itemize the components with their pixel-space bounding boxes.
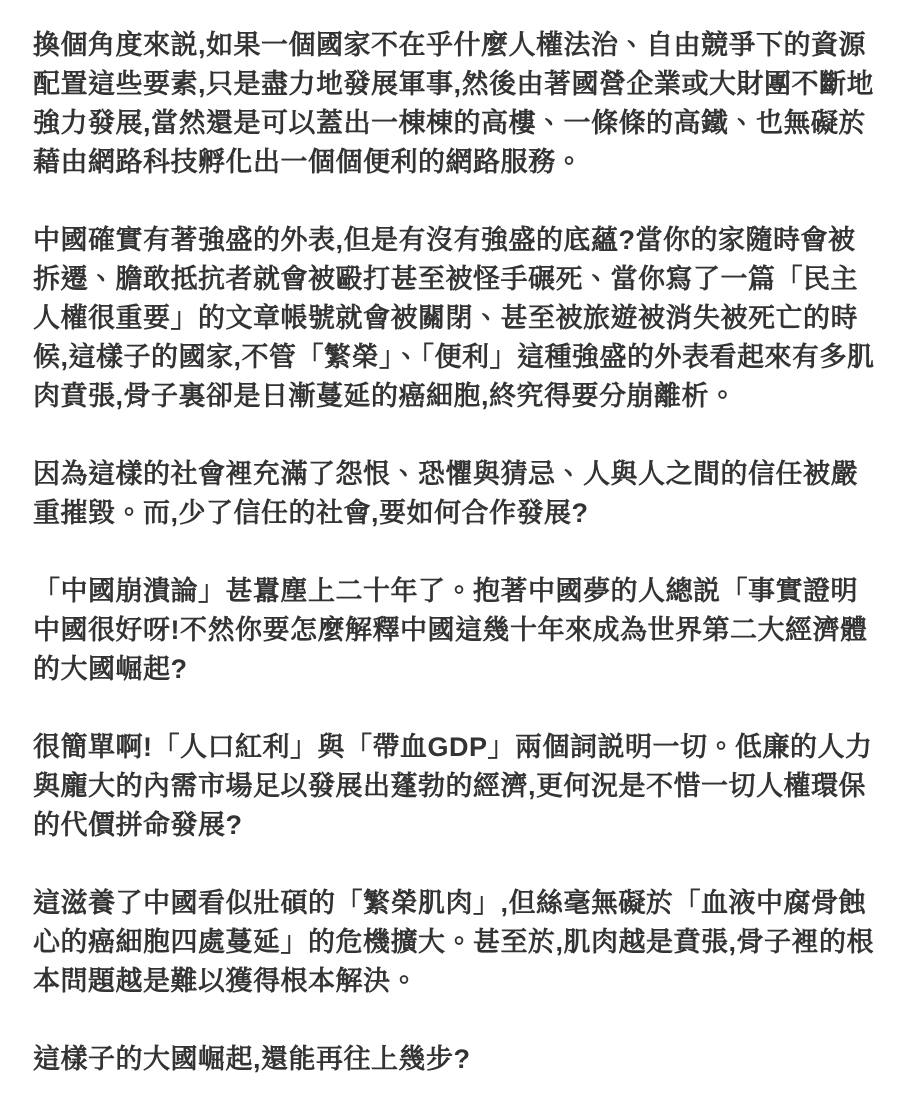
paragraph: 因為這樣的社會裡充滿了怨恨、恐懼與猜忌、人與人之間的信任被嚴重摧毀。而,少了信任… xyxy=(33,455,880,533)
article-body: 換個角度來説,如果一個國家不在乎什麼人權法治、自由競爭下的資源配置這些要素,只是… xyxy=(0,0,903,1099)
paragraph: 「中國崩潰論」甚囂塵上二十年了。抱著中國夢的人總説「事實證明中國很好呀!不然你要… xyxy=(33,572,880,689)
paragraph: 這滋養了中國看似壯碩的「繁榮肌肉」,但絲毫無礙於「血液中腐骨蝕心的癌細胞四處蔓延… xyxy=(33,884,880,1001)
paragraph: 換個角度來説,如果一個國家不在乎什麼人權法治、自由競爭下的資源配置這些要素,只是… xyxy=(33,26,880,182)
paragraph: 這樣子的大國崛起,還能再往上幾步? xyxy=(33,1040,880,1079)
paragraph: 很簡單啊!「人口紅利」與「帶血GDP」兩個詞説明一切。低廉的人力與龐大的內需市場… xyxy=(33,728,880,845)
paragraph: 中國確實有著強盛的外表,但是有沒有強盛的底蘊?當你的家隨時會被拆遷、膽敢抵抗者就… xyxy=(33,221,880,416)
